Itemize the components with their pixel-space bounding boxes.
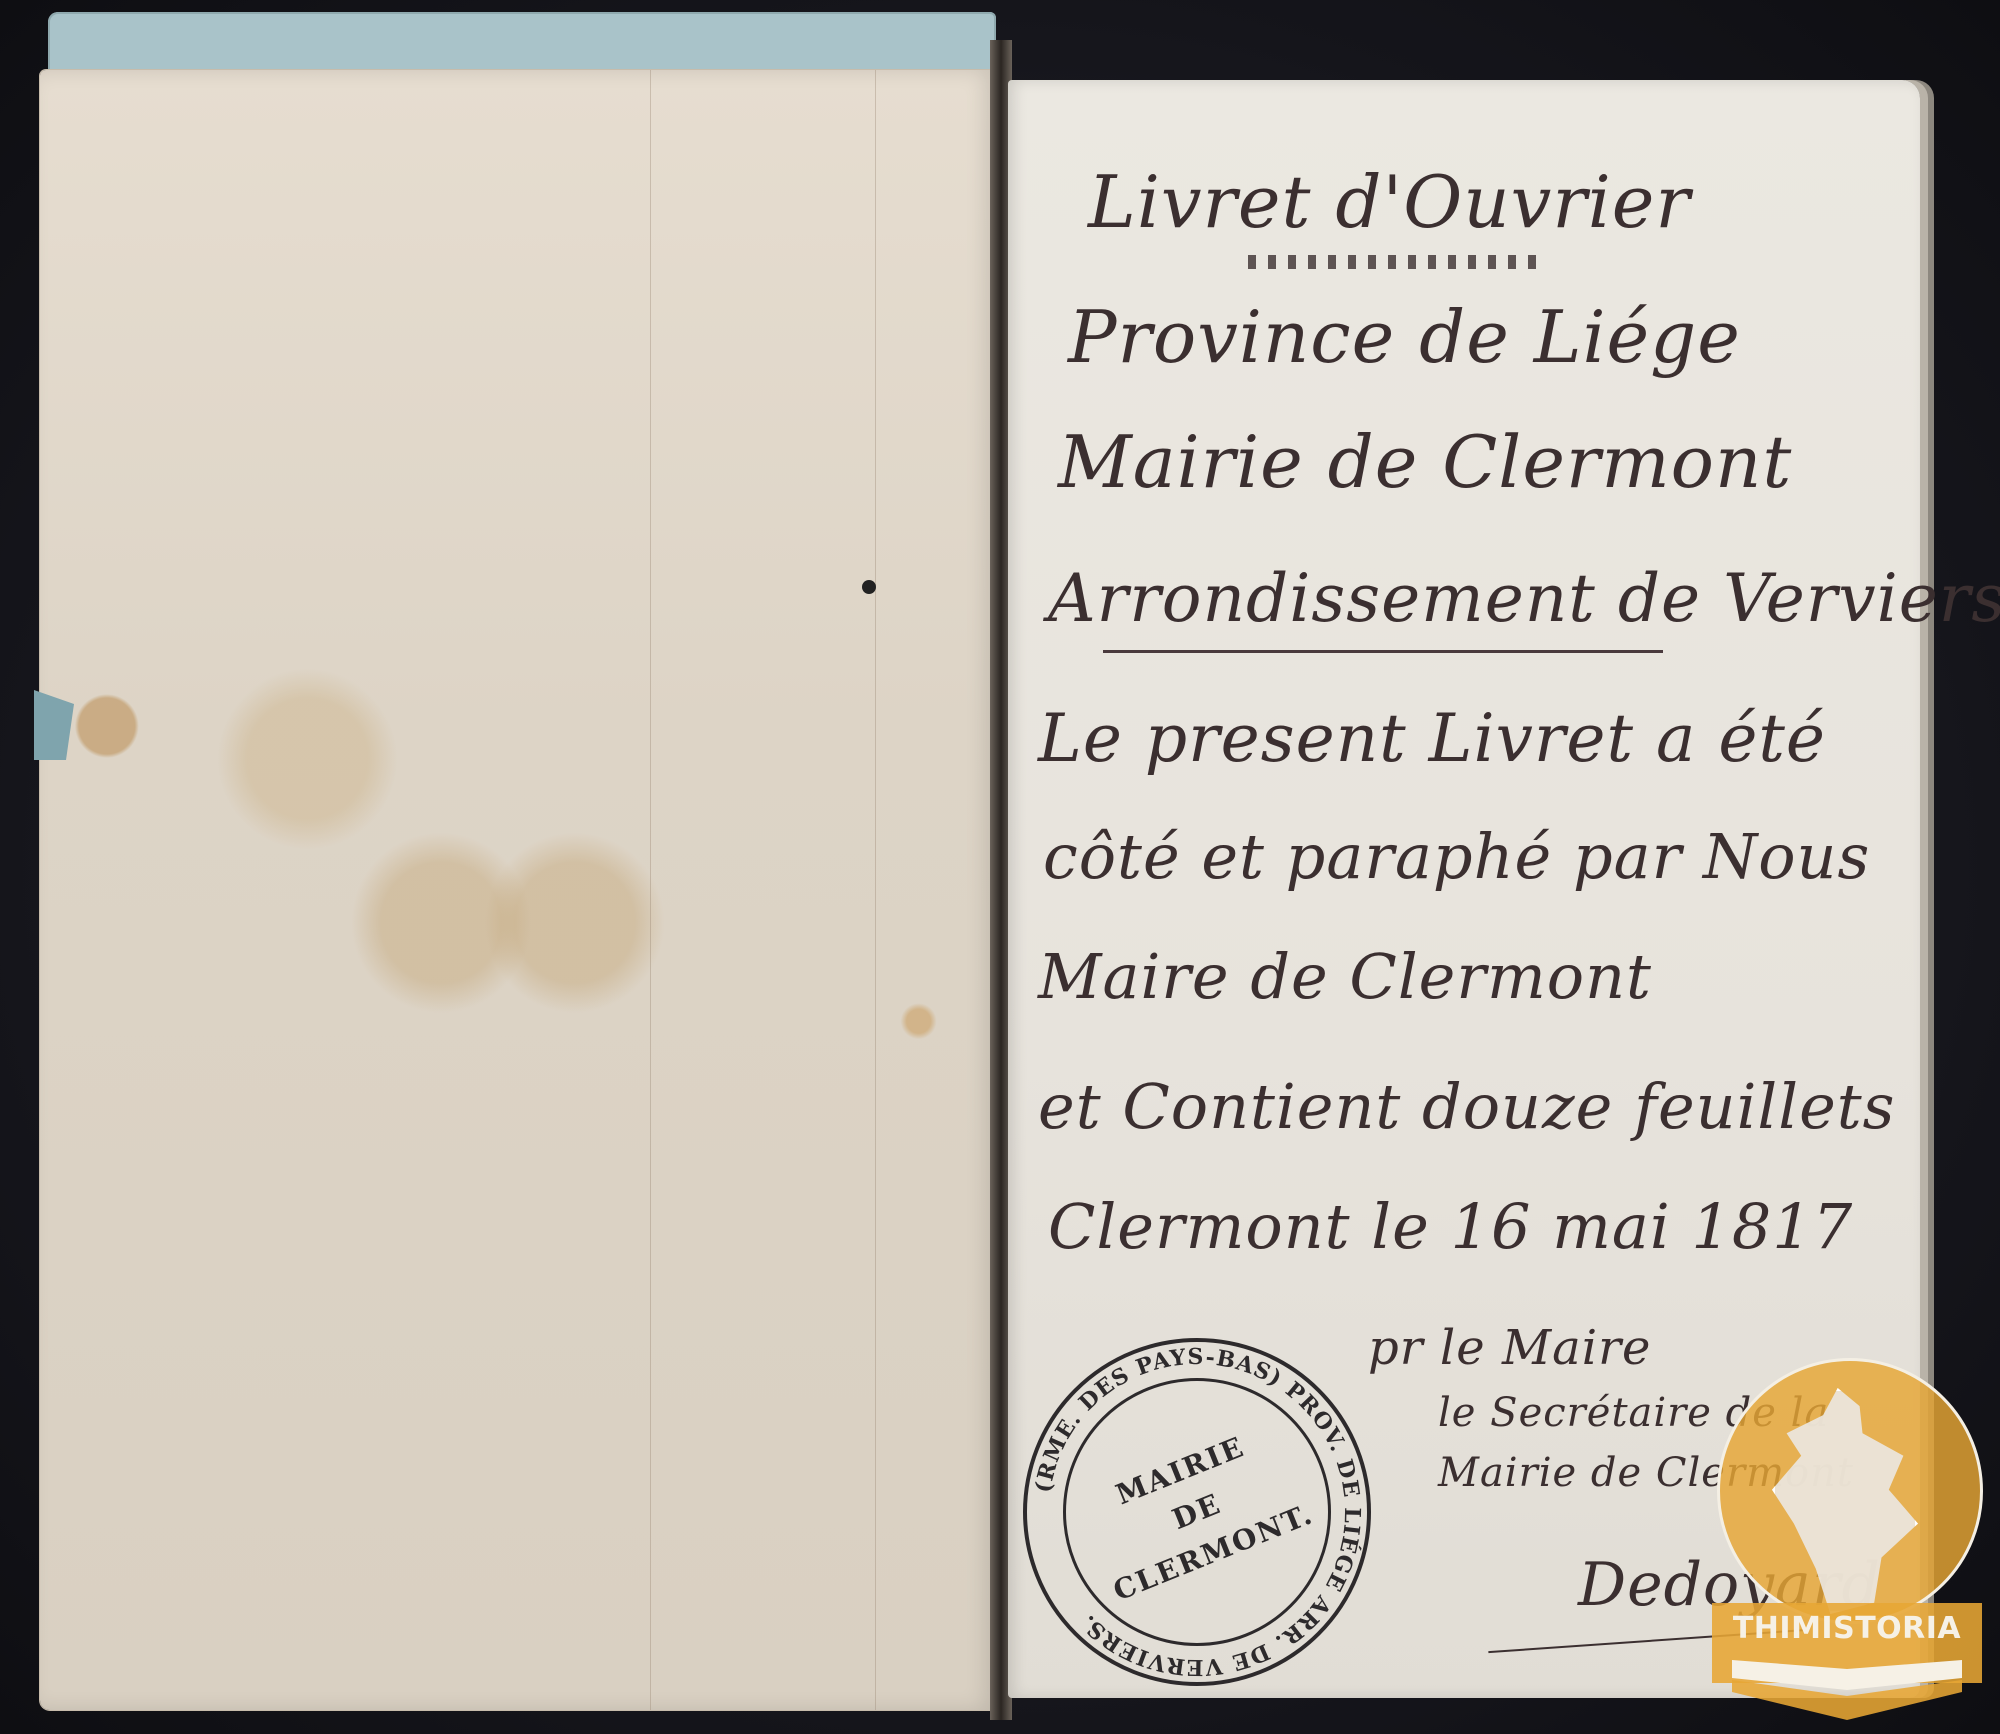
official-stamp: (RME. DES PAYS-BAS) PROV. DE LIÉGE ARR. … <box>1023 1338 1371 1686</box>
decorative-separator <box>1248 255 1548 269</box>
body-line: Maire de Clermont <box>1038 940 1950 1013</box>
torn-edge <box>34 690 74 760</box>
date-line: Clermont le 16 mai 1817 <box>1048 1190 1960 1263</box>
fold-line <box>875 70 876 1710</box>
divider-rule <box>1103 650 1663 653</box>
body-line: côté et paraphé par Nous <box>1043 820 1955 893</box>
logo-label: THIMISTORIA <box>1712 1611 1982 1646</box>
fold-line <box>650 70 651 1710</box>
body-line: Le present Livret a été <box>1038 700 1950 777</box>
arrondissement-line: Arrondissement de Verviers <box>1048 560 1960 637</box>
mairie-line: Mairie de Clermont <box>1058 420 1970 504</box>
pin-hole <box>862 580 876 594</box>
thimistoria-watermark-logo: THIMISTORIA <box>1712 1358 1982 1728</box>
left-page <box>40 70 995 1710</box>
province-line: Province de Liége <box>1068 295 1980 379</box>
body-line: et Contient douze feuillets <box>1038 1070 1950 1143</box>
title-line: Livret d'Ouvrier <box>1088 160 2000 244</box>
